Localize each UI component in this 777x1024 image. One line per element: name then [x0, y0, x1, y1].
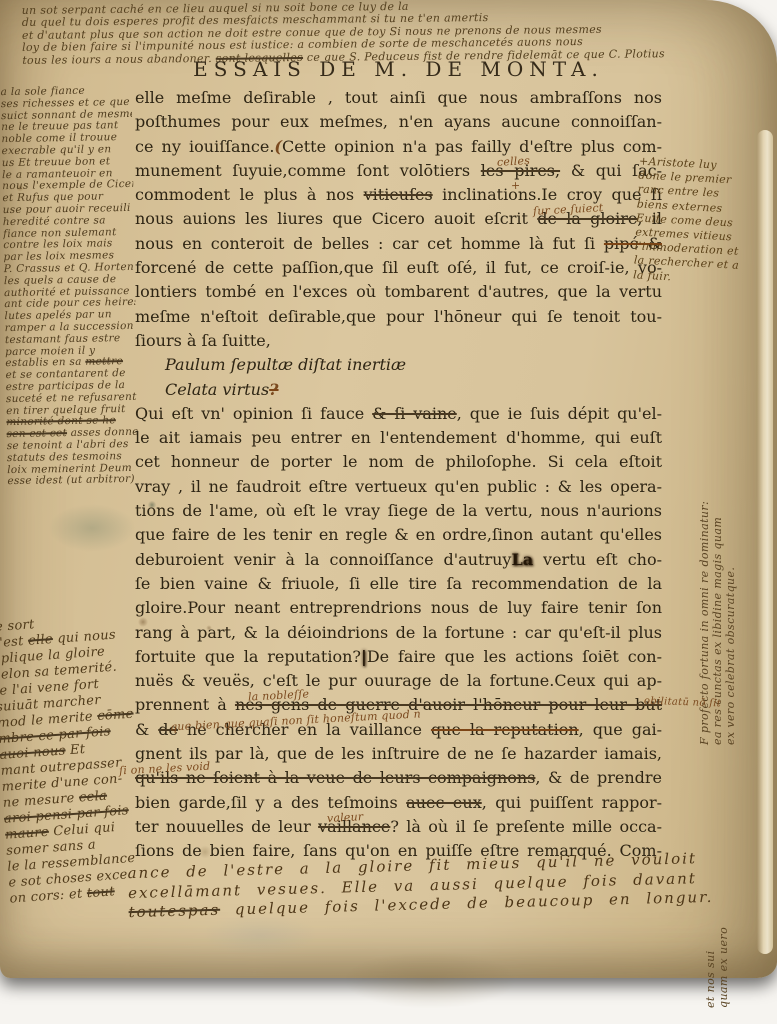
aristotle-margin-note: +Aristote luydone le premierranc entre l…	[633, 154, 777, 289]
text-segment: elle meſme deſirable , tout ainſi que no…	[135, 88, 662, 107]
text-segment: , & de prendre	[535, 768, 662, 787]
text-segment: quam ex uero	[717, 927, 730, 1008]
printed-line: nous auions les liures que Cicero auoit …	[135, 207, 662, 231]
struck-text: & ſi vaine	[372, 404, 457, 423]
struck-text: tout	[86, 884, 115, 901]
printed-line: lontiers tombé en l'exces où tombarent d…	[135, 280, 662, 304]
interline-insertion: +	[510, 174, 521, 199]
printed-line: rang à part, & la déioindrions de la for…	[135, 621, 662, 645]
text-segment: ſiours à ſa ſuitte,	[135, 331, 271, 350]
photo-of-book-page: { "colors":{"paper":"#d8c39b","print_ink…	[0, 0, 777, 1024]
text-segment: Paulum ſepultæ diſtat inertiæ	[165, 355, 406, 374]
struck-text: vaillancevaleur	[318, 817, 390, 836]
struck-text: cela	[79, 789, 108, 806]
text-segment: Celata virtus	[165, 380, 269, 399]
printed-line: ſe bien vaine & friuole, ſi elle tire ſa…	[135, 572, 662, 596]
handwritten-line: ea res cunctas ex libidine magis quam	[711, 397, 724, 745]
text-segment: ne chercher en la vaillance que bien que…	[178, 720, 431, 739]
text-segment: meſme n'eſtoit deſirable,que pour l'hōne…	[135, 307, 662, 326]
text-segment: rang à part, & la déioindrions de la for…	[135, 623, 662, 642]
printed-line: gloire.Pour neant entreprendrions nous d…	[135, 596, 662, 620]
text-segment: poſthumes pour eux meſmes, n'en ayans au…	[135, 112, 662, 131]
struck-text: que la reputation	[431, 720, 579, 739]
struck-text: auec eux	[406, 793, 482, 812]
printed-line: le ait iamais peu entrer en l'entendemen…	[135, 426, 662, 450]
text-segment: inclinations.+	[433, 185, 542, 204]
text-segment: bien garde,ſil y a des teſmoins	[135, 793, 406, 812]
struck-text: vitieuſes	[364, 185, 433, 204]
text-segment: La	[511, 550, 533, 569]
printed-line: meſme n'eſtoit deſirable,que pour l'hōne…	[135, 305, 662, 329]
text-segment: ? là où il ſe preſente mille occa-	[390, 817, 662, 836]
struck-text: mettre	[85, 355, 123, 368]
table-shadow	[0, 974, 777, 1024]
printed-line: tions de l'ame, où eſt le vray ſiege de …	[135, 499, 662, 523]
text-segment: Qui eſt vn' opinion ſi fauce	[135, 404, 372, 423]
printed-line: Celata virtus?	[135, 378, 662, 402]
text-segment: Celui qui	[48, 820, 115, 840]
text-segment: vray , il ne faudroit eſtre vertueux qu'…	[135, 477, 662, 496]
text-segment: tions de l'ame, où eſt le vray ſiege de …	[135, 501, 662, 520]
text-segment: ce ny iouiſſance.	[135, 137, 274, 156]
text-segment: vertu eſt cho-	[533, 550, 662, 569]
text-segment: esse idest (ut arbitror) mentem suam	[7, 472, 138, 488]
text-segment: qui nous	[52, 628, 116, 647]
text-segment: deburoient venir à la connoiſſance d'aut…	[135, 550, 511, 569]
printed-line: elle meſme deſirable , tout ainſi que no…	[135, 86, 662, 110]
printed-text-block: elle meſme deſirable , tout ainſi que no…	[135, 86, 662, 864]
struck-text: toutespas	[128, 901, 220, 921]
text-segment: prennent à	[135, 695, 235, 714]
text-segment: ea res cunctas ex libidine magis quam	[711, 517, 724, 745]
printed-line: Qui eſt vn' opinion ſi fauce & ſi vaine,…	[135, 402, 662, 426]
handwritten-line: F profecto fortuna in omni re dominatur:	[698, 397, 711, 745]
text-segment: forcené de cette paſſion,que ſil euſt oſ…	[135, 258, 662, 277]
printed-line: nuës & veuës, c'eſt le pur ouurage de la…	[135, 669, 662, 693]
left-margin-annotation: a la sole fianceses richesses et ce que …	[1, 85, 139, 488]
struck-text: de la gloireſur ce ſuiect	[537, 209, 637, 228]
printed-line: poſthumes pour eux meſmes, n'en ayans au…	[135, 110, 662, 134]
struck-text: maure	[5, 825, 50, 843]
text-segment: nous en conteroit de belles : car cet ho…	[135, 234, 604, 253]
struck-text: qu'ils ne ſoient à la veue de leurs comp…	[135, 768, 535, 787]
printed-line: nous en conteroit de belles : car cet ho…	[135, 232, 662, 256]
text-segment: , que gai-	[579, 720, 662, 739]
printed-line: bien garde,ſil y a des teſmoins auec eux…	[135, 791, 662, 815]
text-segment: De faire que les actions ſoiēt con-	[367, 647, 662, 666]
text-segment: , que ie ſuis dépit qu'el-	[457, 404, 662, 423]
running-header: ESSAIS DE M. DE MONTA.	[135, 57, 662, 81]
handwritten-line: ex vero celebrat obscuratque.	[724, 397, 737, 745]
interline-insertion: ſur ce ſuiect	[533, 197, 605, 225]
printed-line: que faire de les tenir en regle & en ord…	[135, 523, 662, 547]
text-segment: ter nouuelles de leur	[135, 817, 318, 836]
printed-line: vray , il ne faudroit eſtre vertueux qu'…	[135, 475, 662, 499]
text-segment: gnent ils par là, que de les inſtruire d…	[135, 744, 662, 763]
interline-insertion: la nobleſſe	[247, 683, 309, 710]
struck-text: cōme	[97, 707, 134, 724]
text-segment: le ait iamais peu entrer en l'entendemen…	[135, 428, 662, 447]
printed-line: qu'ils ne ſoient à la veue de leurs comp…	[135, 766, 662, 790]
text-segment: ſe bien vaine & friuole, ſi elle tire ſa…	[135, 574, 662, 593]
struck-text: ?	[269, 380, 278, 399]
printed-line: ter nouuelles de leur vaillancevaleur? l…	[135, 815, 662, 839]
handwritten-line: esse idest (ut arbitror) mentem suam	[7, 474, 138, 488]
printed-line: fortuite que la reputation?|De faire que…	[135, 645, 662, 669]
interline-insertion: celles	[496, 149, 530, 175]
vertical-margin-note-upper: F profecto fortuna in omni re dominatur:…	[698, 397, 737, 745]
text-segment: Et	[65, 742, 86, 758]
text-segment: cet honneur de porter le nom de philoſop…	[135, 452, 662, 471]
interline-insertion: valeur	[326, 805, 364, 831]
struck-text: les pires,celles	[481, 161, 560, 180]
text-segment: nous auions les liures que Cicero auoit …	[135, 209, 537, 228]
text-segment: ex vero celebrat obscuratque.	[724, 567, 737, 745]
text-segment: munement ſuyuie,comme ſont volōtiers	[135, 161, 481, 180]
printed-line: & de ne chercher en la vaillance que bie…	[135, 718, 662, 742]
printed-line: forcené de cette paſſion,que ſil euſt oſ…	[135, 256, 662, 280]
printed-line: munement ſuyuie,comme ſont volōtiers les…	[135, 159, 662, 183]
text-segment: , qui puiſſent rappor-	[482, 793, 662, 812]
lower-left-margin-annotation: le sortc'est elle qui nousaplique la glo…	[0, 610, 152, 907]
printed-line: ce ny iouiſſance.(Cette opinion n'a pas …	[135, 135, 662, 159]
text-segment: que faire de les tenir en regle & en ord…	[135, 525, 662, 544]
printed-line: ſiours à ſa ſuitte,	[135, 329, 662, 353]
text-segment: et nos sui	[704, 950, 717, 1008]
text-segment: gloire.Pour neant entreprendrions nous d…	[135, 598, 662, 617]
printed-line: gnent ils par là, que de les inſtruire d…	[135, 742, 662, 766]
struck-text: elle	[28, 632, 54, 649]
text-segment: lontiers tombé en l'exces où tombarent d…	[135, 282, 662, 301]
text-segment: la fuir.	[633, 268, 672, 283]
printed-line: Paulum ſepultæ diſtat inertiæ	[135, 353, 662, 377]
printed-line: cet honneur de porter le nom de philoſop…	[135, 450, 662, 474]
text-segment: nuës & veuës, c'eſt le pur ouurage de la…	[135, 671, 662, 690]
printed-line: deburoient venir à la connoiſſance d'aut…	[135, 548, 662, 572]
hand-mark: (	[274, 137, 282, 156]
text-segment: commodent le plus à nos	[135, 185, 364, 204]
text-segment: fortuite que la reputation?	[135, 647, 361, 666]
text-segment: c'est	[0, 634, 29, 652]
text-segment: Cette opinion n'a pas failly d'eſtre plu…	[282, 137, 662, 156]
